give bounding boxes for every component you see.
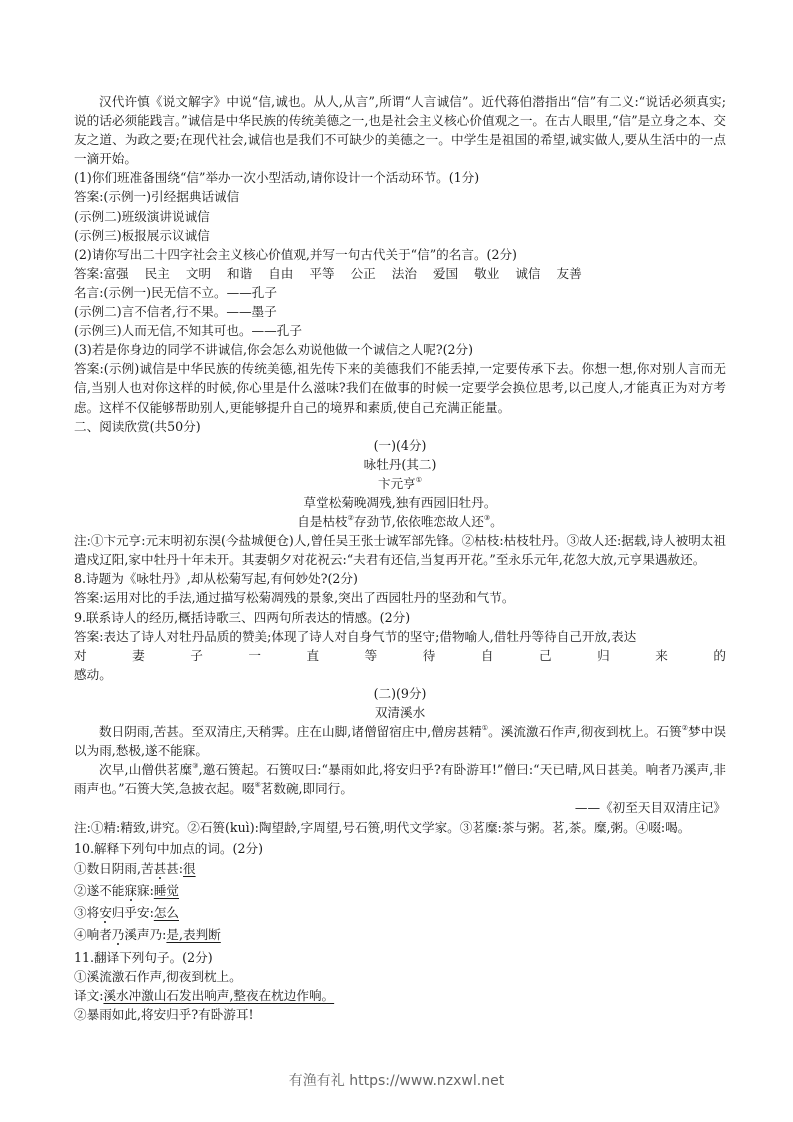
q9-answer-line-2: 对 妻 子 一 直 等 待 自 己 归 来 的: [74, 646, 726, 665]
prose-paragraph-2: 次早,山僧供茗糜③,邀石篑起。石篑叹曰:“暴雨如此,将安归乎?有卧游耳!”僧曰:…: [74, 760, 726, 798]
q2-quote-3: (示例三)人而无信,不知其可也。——孔子: [74, 321, 726, 340]
poem-line-1: 草堂松菊晚凋残,独有西园旧牡丹。: [74, 493, 726, 512]
answer-prefix: 答案:: [74, 264, 103, 283]
prose-paragraph-1: 数日阴雨,苦甚。至双清庄,天稍霁。庄在山脚,诸僧留宿庄中,僧房甚精①。溪流激石作…: [74, 722, 726, 760]
q9-answer-line-1: 答案:表达了诗人对牡丹品质的赞美;体现了诗人对自身气节的坚守;借物喻人,借牡丹等…: [74, 627, 726, 646]
q10-item-2: ②遂不能寐寐:睡觉: [74, 880, 726, 902]
q1-answer-3: (示例三)板报展示议诚信: [74, 226, 726, 245]
q8-answer: 答案:运用对比的手法,通过描写松菊凋残的景象,突出了西园牡丹的坚劲和气节。: [74, 588, 726, 607]
document-page: 汉代许慎《说文解字》中说“信,诚也。从人,从言”,所谓“人言诚信”。近代蒋伯潜指…: [74, 92, 726, 1024]
q10-item-1: ①数日阴雨,苦甚甚:很: [74, 858, 726, 880]
footnote-marker: ①: [416, 476, 422, 484]
watermark-footer: 有渔有礼 https://www.nzxwl.net: [0, 1070, 793, 1090]
answer-blank: 是,表判断: [166, 927, 220, 942]
poem-part-label: (一)(4分): [74, 436, 726, 455]
intro-paragraph: 汉代许慎《说文解字》中说“信,诚也。从人,从言”,所谓“人言诚信”。近代蒋伯潜指…: [74, 92, 726, 168]
dotted-word: 寐: [124, 883, 137, 898]
q11-item-2: ②暴雨如此,将安归乎?有卧游耳!: [74, 1005, 726, 1024]
q3-answer: 答案:(示例)诚信是中华民族的传统美德,祖先传下来的美德我们不能丢掉,一定要传承…: [74, 359, 726, 416]
q3-question: (3)若是你身边的同学不讲诚信,你会怎么劝说他做一个诚信之人呢?(2分): [74, 340, 726, 359]
q10-item-4: ④响者乃溪声乃:是,表判断: [74, 924, 726, 946]
dotted-word: 乃: [112, 927, 125, 942]
q1-question: (1)你们班准备围绕“信”举办一次小型活动,请你设计一个活动环节。(1分): [74, 168, 726, 187]
prose-title: 双清溪水: [74, 703, 726, 722]
q2-values-answer: 答案:富强民主文明和谐自由平等公正法治爱国敬业诚信友善: [74, 264, 726, 283]
q10-question: 10.解释下列句中加点的词。(2分): [74, 839, 726, 858]
answer-blank: 睡觉: [154, 883, 179, 898]
section2-heading: 二、阅读欣赏(共50分): [74, 417, 726, 436]
answer-blank: 怎么: [154, 905, 179, 920]
q9-question: 9.联系诗人的经历,概括诗歌三、四两句所表达的情感。(2分): [74, 608, 726, 627]
q2-question: (2)请你写出二十四字社会主义核心价值观,并写一句古代关于“信”的名言。(2分): [74, 245, 726, 264]
q9-answer-line-3: 感动。: [74, 665, 726, 684]
q11-question: 11.翻译下列句子。(2分): [74, 948, 726, 967]
q8-question: 8.诗题为《咏牡丹》,却从松菊写起,有何妙处?(2分): [74, 569, 726, 588]
dotted-word: 甚: [154, 861, 167, 876]
dotted-word: 安: [99, 905, 112, 920]
q11-translation-1: 译文:溪水冲激山石发出响声,整夜在枕边作响。: [74, 986, 726, 1005]
prose-source: ——《初至天目双清庄记》: [74, 798, 726, 817]
q2-quote-2: (示例二)言不信者,行不果。——墨子: [74, 302, 726, 321]
poem-notes: 注:①卞元亨:元末明初东淏(今盐城便仓)人,曾任吴王张士诚军部先锋。②枯枝:枯枝…: [74, 531, 726, 569]
q1-answer-2: (示例二)班级演讲说诚信: [74, 207, 726, 226]
answer-blank: 很: [183, 861, 196, 876]
poem-title: 咏牡丹(其二): [74, 455, 726, 474]
q11-item-1: ①溪流激石作声,彻夜到枕上。: [74, 967, 726, 986]
translation-answer: 溪水冲激山石发出响声,整夜在枕边作响。: [103, 988, 334, 1003]
q2-quote-1: 名言:(示例一)民无信不立。——孔子: [74, 283, 726, 302]
poem-line-2: 自是枯枝②存劲节,依依唯恋故人还③。: [74, 512, 726, 531]
prose-part-label: (二)(9分): [74, 684, 726, 703]
prose-notes: 注:①精:精致,讲究。②石篑(kuì):陶望龄,字周望,号石篑,明代文学家。③茗…: [74, 818, 726, 837]
q1-answer-1: 答案:(示例一)引经据典话诚信: [74, 187, 726, 206]
poem-author: 卞元亨①: [74, 474, 726, 493]
q10-item-3: ③将安归乎安:怎么: [74, 902, 726, 924]
